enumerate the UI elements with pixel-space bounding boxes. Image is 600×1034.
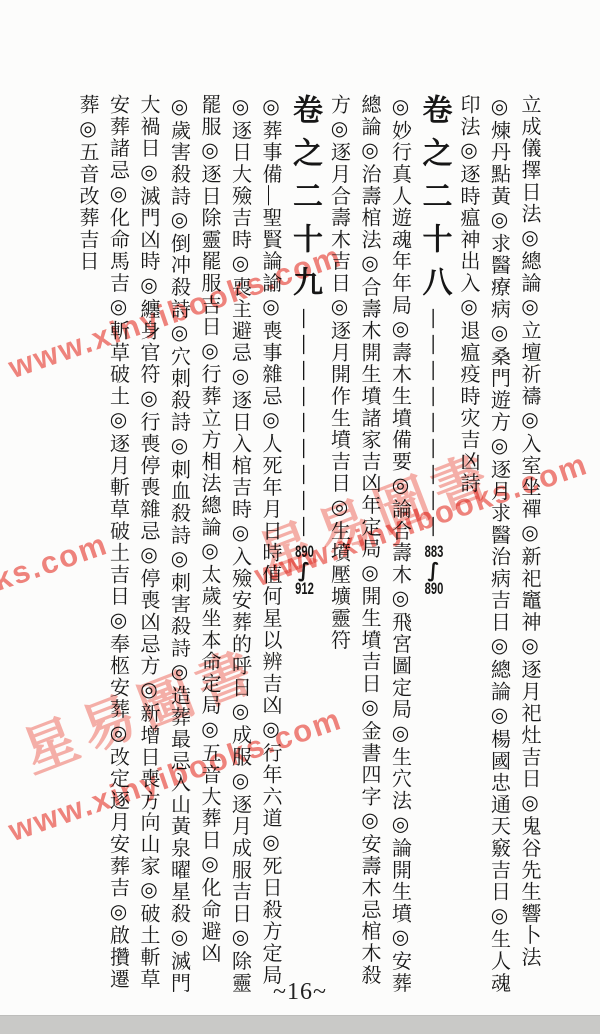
toc-entry-column: 葬◎五音改葬吉日 xyxy=(72,94,103,974)
table-of-contents: 立成儀擇日法◎總論◎立壇祈禱◎入室坐禪◎新祀竈神◎逐月祀灶吉日◎鬼谷先生響卜法◎… xyxy=(72,94,545,974)
range-end: 890 xyxy=(425,580,444,597)
toc-entry-column: 大禍日◎滅門凶時◎纏身官符◎行喪停喪雜忌◎停喪凶忌方◎新增日喪方向山家◎破土斬草 xyxy=(133,94,164,974)
toc-entry-column: 立成儀擇日法◎總論◎立壇祈禱◎入室坐禪◎新祀竈神◎逐月祀灶吉日◎鬼谷先生響卜法 xyxy=(514,94,545,974)
chapter-page-range: 883∫890 xyxy=(423,543,445,597)
toc-entry-column: ◎葬事備—聖賢論諭◎喪事雜忌◎人死年月日時值何星以辨吉凶◎行年六道◎死日殺方定局 xyxy=(255,94,286,974)
leader-dashes: ————————— xyxy=(424,309,445,543)
range-start: 883 xyxy=(425,543,444,560)
scanned-book-page: 立成儀擇日法◎總論◎立壇祈禱◎入室坐禪◎新祀竈神◎逐月祀灶吉日◎鬼谷先生響卜法◎… xyxy=(0,0,600,1034)
chapter-title: 卷之二十八 xyxy=(418,94,451,309)
toc-entry-column: 方◎逐月合壽木吉日◎逐月開作生墳吉日◎生墳壓壙靈符 xyxy=(323,94,354,974)
chapter-title: 卷之二十九 xyxy=(288,94,321,309)
toc-entry-column: 印法◎逐時瘟神出入◎退瘟疫時灾吉凶詩 xyxy=(453,94,484,974)
range-end: 912 xyxy=(295,580,314,597)
page-number: ~16~ xyxy=(0,979,600,1006)
range-wave-separator: ∫ xyxy=(422,560,446,580)
chapter-heading-column: 卷之二十八—————————883∫890 xyxy=(415,94,453,974)
range-start: 890 xyxy=(295,543,314,560)
chapter-heading-column: 卷之二十九—————————890∫912 xyxy=(285,94,323,974)
chapter-page-range: 890∫912 xyxy=(293,543,315,597)
toc-entry-column: ◎煉丹點黃◎求醫療病◎桑門遊方◎逐月求醫治病吉日◎總論◎楊國忠通天竅吉日◎生人魂 xyxy=(483,94,514,974)
scan-bottom-edge xyxy=(0,1015,600,1034)
toc-entry-column: 安葬諸忌◎化命馬吉◎斬草破土◎逐月斬草破土吉日◎奉柩安葬◎改定逐月安葬吉◎啟攢遷 xyxy=(102,94,133,974)
range-wave-separator: ∫ xyxy=(292,560,316,580)
toc-entry-column: ◎妙行真人遊魂年年局◎壽木生墳備要◎論合壽木◎飛宮圖定局◎生穴法◎論開生墳◎安葬 xyxy=(384,94,415,974)
toc-entry-column: ◎逐日大殮吉時◎喪主避忌◎逐日入棺吉時◎入殮安葬的呼日◎成服◎逐月成服吉日◎除靈 xyxy=(224,94,255,974)
toc-entry-column: 總論◎治壽棺法◎合壽木開生墳諸家吉凶年定局◎開生墳吉日◎金書四字◎安壽木忌棺木殺 xyxy=(354,94,385,974)
leader-dashes: ————————— xyxy=(294,309,315,543)
toc-entry-column: 罷服◎逐日除靈罷服吉日◎行葬立方相法總論◎太歲坐本命定局◎五音大葬日◎化命避凶 xyxy=(194,94,225,974)
toc-entry-column: ◎歲害殺詩◎倒冲殺詩◎穴刺殺詩◎刺血殺詩◎刺害殺詩◎造葬最忌入山黃泉曜星殺◎滅門 xyxy=(163,94,194,974)
